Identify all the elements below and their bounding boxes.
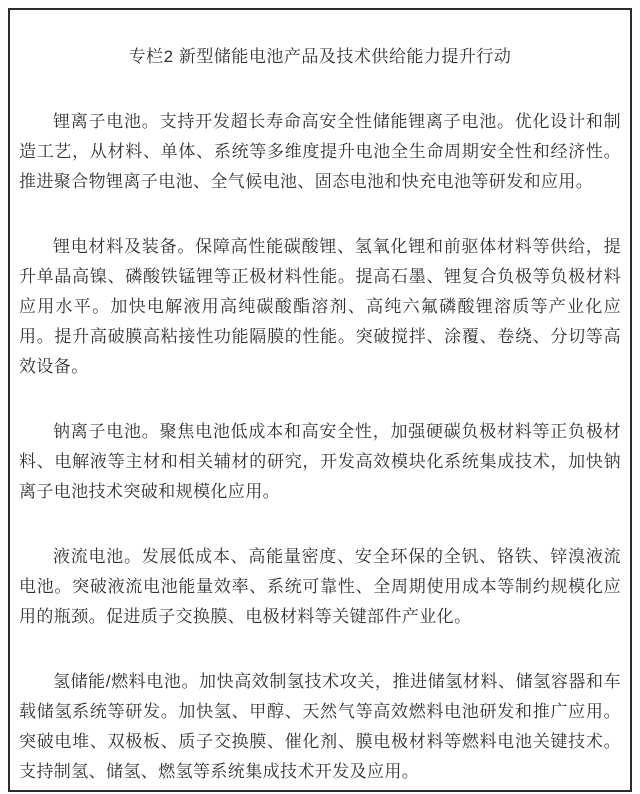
document-page: 专栏2 新型储能电池产品及技术供给能力提升行动 锂离子电池。支持开发超长寿命高安… xyxy=(0,0,640,794)
policy-column-box: 专栏2 新型储能电池产品及技术供给能力提升行动 锂离子电池。支持开发超长寿命高安… xyxy=(8,8,632,792)
paragraph-hydrogen-fuel-cell: 氢储能/燃料电池。加快高效制氢技术攻关，推进储氢材料、储氢容器和车载储氢系统等研… xyxy=(19,667,621,787)
column-title: 专栏2 新型储能电池产品及技术供给能力提升行动 xyxy=(19,10,621,72)
paragraph-lithium-materials-equipment: 锂电材料及装备。保障高性能碳酸锂、氢氧化锂和前驱体材料等供给，提升单晶高镍、磷酸… xyxy=(19,232,621,382)
paragraph-flow-battery: 液流电池。发展低成本、高能量密度、安全环保的全钒、铬铁、锌溴液流电池。突破液流电… xyxy=(19,542,621,632)
paragraph-lithium-ion-battery: 锂离子电池。支持开发超长寿命高安全性储能锂离子电池。优化设计和制造工艺，从材料、… xyxy=(19,107,621,197)
paragraph-sodium-ion-battery: 钠离子电池。聚焦电池低成本和高安全性，加强硬碳负极材料等正负极材料、电解液等主材… xyxy=(19,417,621,507)
